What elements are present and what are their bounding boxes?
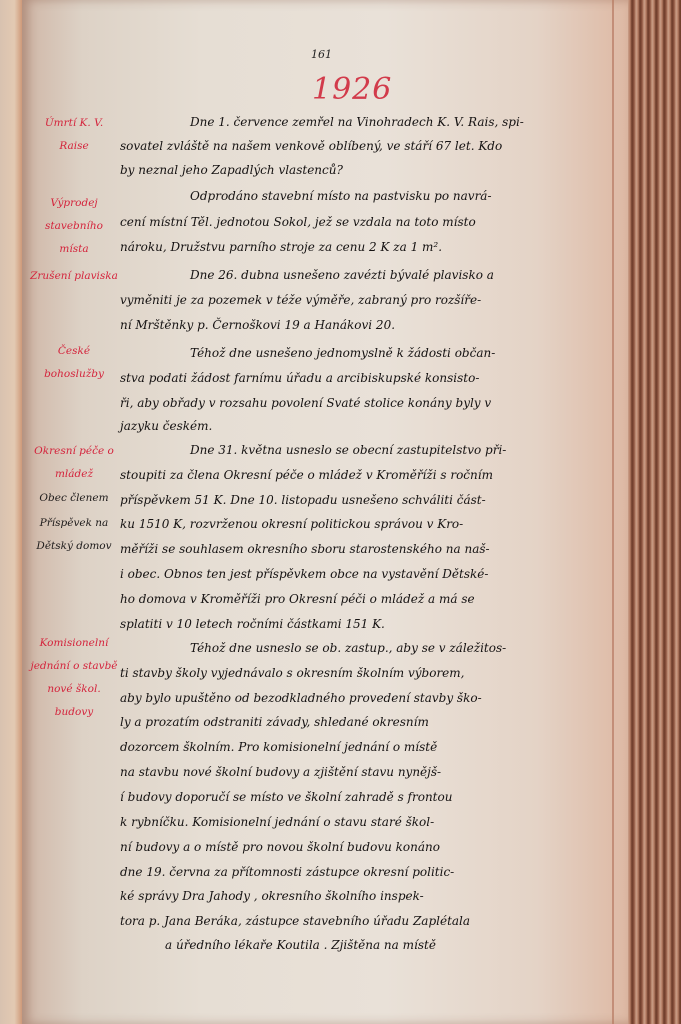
margin-note-youth-care: Okresní péče o mládež	[30, 440, 118, 486]
left-page-edge	[0, 0, 24, 1024]
text-line: by neznal jeho Zapadlých vlastenců?	[120, 160, 636, 180]
text-line: sovatel zvláště na našem venkově oblíben…	[120, 136, 636, 156]
year-heading: 1926	[312, 72, 392, 107]
text-line: Dne 26. dubna usnešeno zavézti bývalé pl…	[190, 265, 681, 285]
text-line: příspěvkem 51 K. Dne 10. listopadu usneš…	[120, 490, 636, 510]
text-line: cení místní Těl. jednotou Sokol, jež se …	[120, 212, 636, 232]
text-line: ly a prozatím odstraniti závady, shledan…	[120, 712, 636, 732]
page-number: 161	[311, 48, 332, 61]
text-line: í budovy doporučí se místo ve školní zah…	[120, 787, 636, 807]
text-line: ho domova v Kroměříži pro Okresní péči o…	[120, 589, 636, 609]
margin-note-childrens-home-contribution: Příspěvek na Dětský domov	[30, 512, 118, 558]
text-line: ři, aby obřady v rozsahu povolení Svaté …	[120, 393, 636, 413]
text-line: ti stavby školy vyjednávalo s okresním š…	[120, 663, 636, 683]
text-line: aby bylo upuštěno od bezodkladného prove…	[120, 688, 636, 708]
margin-note-czech-services: České bohoslužby	[30, 340, 118, 386]
margin-note-pond-closure: Zrušení plaviska	[30, 265, 118, 288]
text-line: Odprodáno stavební místo na pastvisku po…	[190, 186, 681, 206]
text-line: ké správy Dra Jahody , okresního školníh…	[120, 886, 636, 906]
text-line: stva podati žádost farnímu úřadu a arcib…	[120, 368, 636, 388]
text-line: ní budovy a o místě pro novou školní bud…	[120, 837, 636, 857]
text-line: tora p. Jana Beráka, zástupce stavebního…	[120, 911, 636, 931]
text-line: stoupiti za člena Okresní péče o mládež …	[120, 465, 636, 485]
text-line: vyměniti je za pozemek v téže výměře, za…	[120, 290, 636, 310]
text-line: ku 1510 K, rozvrženou okresní politickou…	[120, 514, 636, 534]
text-line: Téhož dne usnešeno jednomyslně k žádosti…	[190, 343, 681, 363]
text-line: dne 19. června za přítomnosti zástupce o…	[120, 862, 636, 882]
text-line: a úředního lékaře Koutila . Zjištěna na …	[165, 935, 681, 955]
text-line: na stavbu nové školní budovy a zjištění …	[120, 762, 636, 782]
text-line: k rybníčku. Komisionelní jednání o stavu…	[120, 812, 636, 832]
margin-note-building-plot-sale: Výprodej stavebního místa	[30, 192, 118, 261]
text-line: splatiti v 10 letech ročními částkami 15…	[120, 614, 636, 634]
margin-note-school-building-commission: Komisionelní jednání o stavbě nové škol.…	[30, 632, 118, 724]
text-line: dozorcem školním. Pro komisionelní jedná…	[120, 737, 636, 757]
text-line: Téhož dne usneslo se ob. zastup., aby se…	[190, 638, 681, 658]
text-line: ní Mrštěnky p. Černoškovi 19 a Hanákovi …	[120, 315, 636, 335]
text-line: Dne 1. července zemřel na Vinohradech K.…	[190, 112, 681, 132]
text-line: nároku, Družstvu parního stroje za cenu …	[120, 237, 636, 257]
margin-note-village-member: Obec členem	[30, 487, 118, 510]
text-line: i obec. Obnos ten jest příspěvkem obce n…	[120, 564, 636, 584]
text-line: měříži se souhlasem okresního sboru star…	[120, 539, 636, 559]
text-line: Dne 31. května usneslo se obecní zastupi…	[190, 440, 681, 460]
text-line: jazyku českém.	[120, 416, 636, 436]
margin-note-death-rais: Úmrtí K. V. Raise	[30, 112, 118, 158]
